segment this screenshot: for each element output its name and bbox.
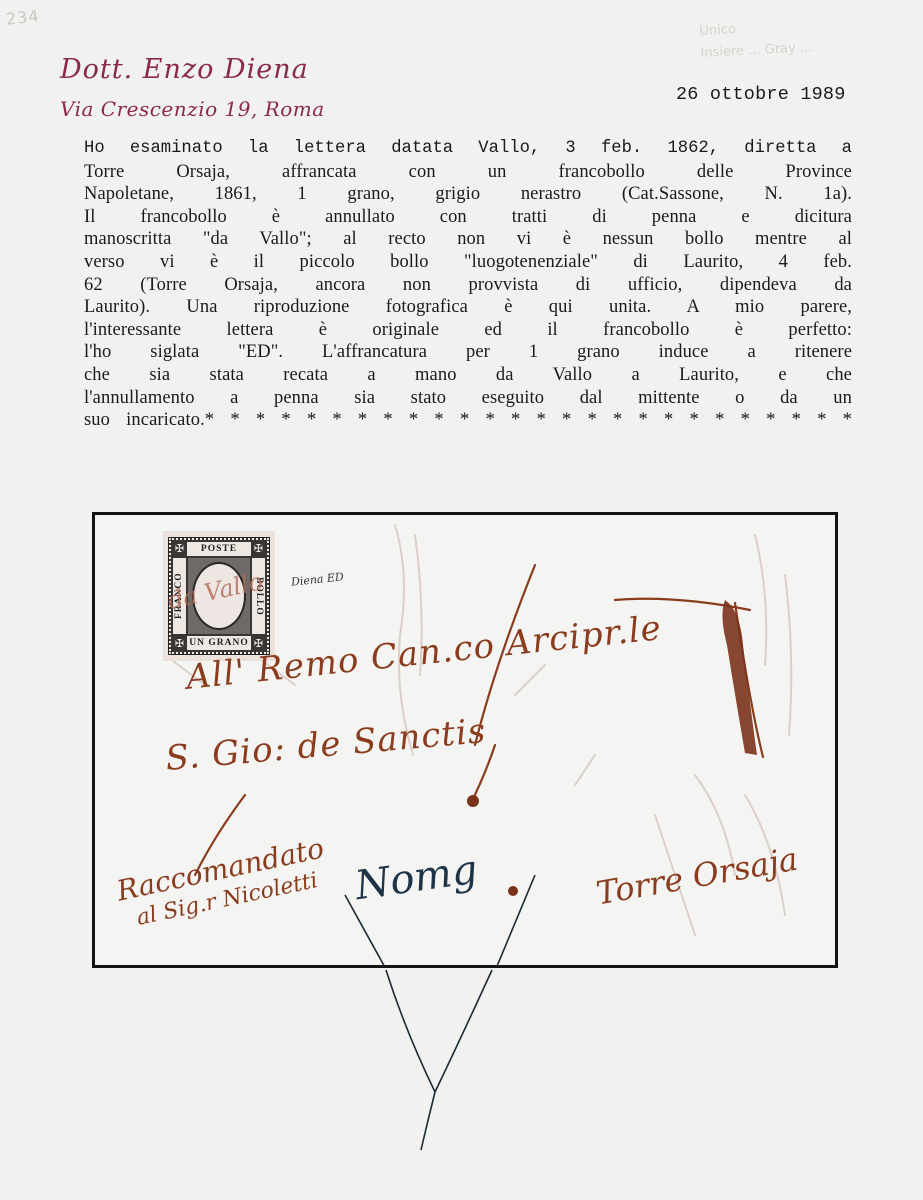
stamp-label-top: POSTE [187, 542, 251, 556]
certificate-line: che sia stata recata a mano da Vallo a L… [84, 364, 852, 387]
certificate-line: manoscritta "da Vallo"; al recto non vi … [84, 228, 852, 251]
certificate-line: suo incaricato.* * * * * * * * * * * * *… [84, 409, 852, 432]
cross-icon: ✠ [173, 542, 186, 555]
cross-icon: ✠ [252, 637, 265, 650]
certificate-body: Ho esaminato la lettera datata Vallo, 3 … [84, 138, 852, 432]
certificate-line: Il francobollo è annullato con tratti di… [84, 206, 852, 229]
expert-name: Dott. Enzo Diena [60, 52, 325, 88]
stamp-label-bottom: UN GRANO [187, 636, 251, 650]
certificate-date: 26 ottobre 1989 [676, 84, 846, 105]
cover-photograph: ✠ ✠ ✠ ✠ POSTE FRANCO BOLLO UN GRANO da V… [92, 512, 838, 968]
certificate-line: Napoletane, 1861, 1 grano, grigio nerast… [84, 183, 852, 206]
certificate-line: Torre Orsaja, affrancata con un francobo… [84, 161, 852, 184]
certificate-line: 62 (Torre Orsaja, ancora non provvista d… [84, 274, 852, 297]
pencil-reference-number: 234 [5, 6, 40, 28]
certificate-line: verso vi è il piccolo bollo "luogotenenz… [84, 251, 852, 274]
postage-stamp: ✠ ✠ ✠ ✠ POSTE FRANCO BOLLO UN GRANO da V… [163, 531, 275, 661]
expert-address: Via Crescenzio 19, Roma [60, 94, 325, 124]
certificate-line: l'annullamento a penna sia stato eseguit… [84, 387, 852, 410]
certificate-line: Laurito). Una riproduzione fotografica è… [84, 296, 852, 319]
pencil-note-line: Insiere ... Gray ... [700, 37, 813, 65]
certificate-line: l'interessante lettera è originale ed il… [84, 319, 852, 342]
cross-icon: ✠ [173, 637, 186, 650]
certificate-line: Ho esaminato la lettera datata Vallo, 3 … [84, 138, 852, 161]
pencil-margin-note: Unico Insiere ... Gray ... [699, 15, 813, 65]
cross-icon: ✠ [252, 542, 265, 555]
certificate-line: l'ho siglata "ED". L'affrancatura per 1 … [84, 341, 852, 364]
letterhead: Dott. Enzo Diena Via Crescenzio 19, Roma [60, 52, 325, 124]
